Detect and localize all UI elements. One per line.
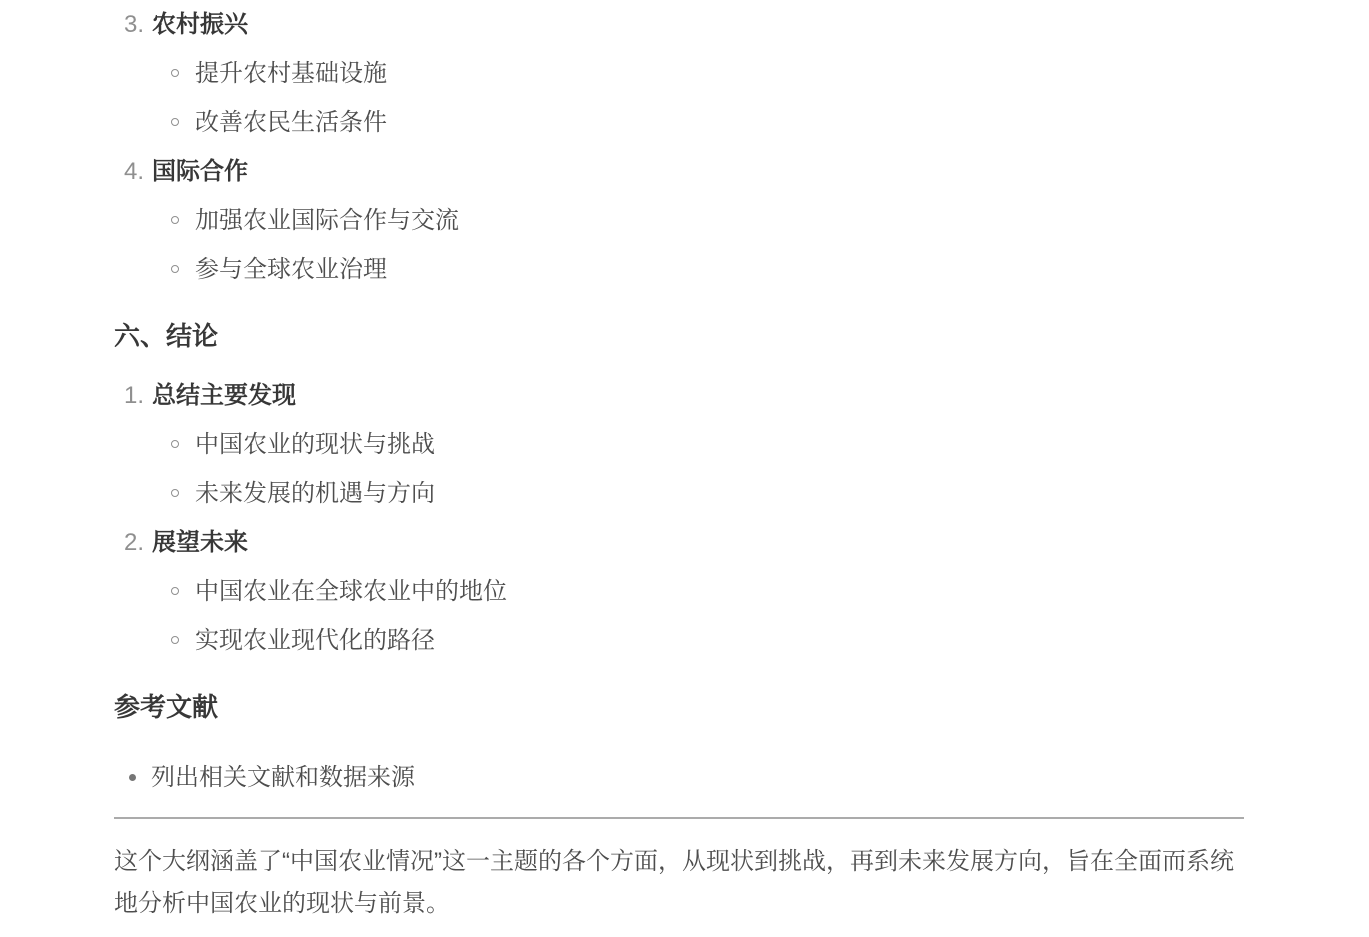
- conclusion-item-title: 展望未来: [152, 529, 248, 556]
- outline-subitem-text: 提升农村基础设施: [195, 60, 387, 87]
- circle-bullet-icon: [171, 69, 179, 77]
- outline-subitem: 改善农民生活条件: [152, 104, 1244, 141]
- list-number-marker: 1.: [114, 377, 144, 414]
- outline-subitem: 参与全球农业治理: [152, 251, 1244, 288]
- outline-list-continued: 3. 农村振兴 提升农村基础设施 改善农民生活条件 4. 国际合作 加强农业国际…: [114, 6, 1244, 288]
- outline-sublist: 提升农村基础设施 改善农民生活条件: [152, 55, 1244, 141]
- outline-subitem: 提升农村基础设施: [152, 55, 1244, 92]
- circle-bullet-icon: [171, 587, 179, 595]
- disc-bullet-icon: [129, 774, 136, 781]
- closing-paragraph: 这个大纲涵盖了“中国农业情况”这一主题的各个方面，从现状到挑战，再到未来发展方向…: [114, 841, 1244, 925]
- conclusion-subitem: 实现农业现代化的路径: [152, 622, 1244, 659]
- list-number-marker: 3.: [114, 6, 144, 43]
- outline-subitem-text: 加强农业国际合作与交流: [195, 207, 459, 234]
- list-number-marker: 2.: [114, 524, 144, 561]
- conclusion-list: 1. 总结主要发现 中国农业的现状与挑战 未来发展的机遇与方向 2. 展望未来 …: [114, 377, 1244, 659]
- document-body: 3. 农村振兴 提升农村基础设施 改善农民生活条件 4. 国际合作 加强农业国际…: [114, 6, 1244, 925]
- conclusion-subitem: 中国农业的现状与挑战: [152, 426, 1244, 463]
- circle-bullet-icon: [171, 118, 179, 126]
- outline-subitem: 加强农业国际合作与交流: [152, 202, 1244, 239]
- conclusion-subitem-text: 实现农业现代化的路径: [195, 627, 435, 654]
- section-heading-references: 参考文献: [114, 687, 1244, 727]
- references-item: 列出相关文献和数据来源: [114, 759, 1244, 796]
- circle-bullet-icon: [171, 265, 179, 273]
- section-heading-conclusion: 六、结论: [114, 316, 1244, 356]
- conclusion-sublist: 中国农业的现状与挑战 未来发展的机遇与方向: [152, 426, 1244, 512]
- circle-bullet-icon: [171, 216, 179, 224]
- conclusion-subitem-text: 未来发展的机遇与方向: [195, 480, 435, 507]
- conclusion-item-2: 2. 展望未来 中国农业在全球农业中的地位 实现农业现代化的路径: [114, 524, 1244, 659]
- outline-sublist: 加强农业国际合作与交流 参与全球农业治理: [152, 202, 1244, 288]
- conclusion-subitem-text: 中国农业的现状与挑战: [195, 431, 435, 458]
- outline-item-title: 农村振兴: [152, 11, 248, 38]
- conclusion-item-title: 总结主要发现: [152, 382, 296, 409]
- outline-item-4: 4. 国际合作 加强农业国际合作与交流 参与全球农业治理: [114, 153, 1244, 288]
- outline-item-3: 3. 农村振兴 提升农村基础设施 改善农民生活条件: [114, 6, 1244, 141]
- circle-bullet-icon: [171, 636, 179, 644]
- outline-subitem-text: 参与全球农业治理: [195, 256, 387, 283]
- conclusion-sublist: 中国农业在全球农业中的地位 实现农业现代化的路径: [152, 573, 1244, 659]
- section-divider: [114, 817, 1244, 819]
- conclusion-subitem: 未来发展的机遇与方向: [152, 475, 1244, 512]
- circle-bullet-icon: [171, 440, 179, 448]
- references-item-text: 列出相关文献和数据来源: [151, 764, 415, 791]
- outline-subitem-text: 改善农民生活条件: [195, 109, 387, 136]
- conclusion-subitem: 中国农业在全球农业中的地位: [152, 573, 1244, 610]
- conclusion-item-1: 1. 总结主要发现 中国农业的现状与挑战 未来发展的机遇与方向: [114, 377, 1244, 512]
- circle-bullet-icon: [171, 489, 179, 497]
- conclusion-subitem-text: 中国农业在全球农业中的地位: [195, 578, 507, 605]
- references-list: 列出相关文献和数据来源: [114, 759, 1244, 796]
- outline-item-title: 国际合作: [152, 158, 248, 185]
- list-number-marker: 4.: [114, 153, 144, 190]
